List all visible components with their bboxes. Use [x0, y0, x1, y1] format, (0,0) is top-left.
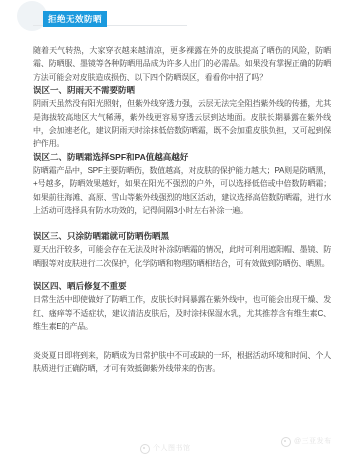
article-body: 随着天气转热，大家穿衣越来越清凉，更多裸露在外的皮肤提高了晒伤的风险，防晒霜、防…	[33, 44, 331, 375]
watermark-text: 个人图书馆	[153, 445, 191, 452]
section-paragraph: 防晒霜产品中，SPF主要防晒伤，数值越高，对皮肤的保护能力越大；PA则是防晒黑，…	[33, 164, 331, 218]
section-heading: 误区三、只涂防晒霜就可防晒伤晒黑	[33, 230, 331, 243]
section-paragraph: 夏天出汗较多，可能会存在无法及时补涂防晒霜的情况，此时可利用遮阳帽、墨镜、防晒服…	[33, 243, 331, 270]
title-badge: 拒绝无效防晒	[43, 11, 107, 27]
section-heading: 误区四、晒后修复不重要	[33, 280, 331, 293]
section-misconception-4: 误区四、晒后修复不重要 日常生活中即使做好了防晒工作，皮肤长时间暴露在紫外线中，…	[33, 280, 331, 333]
watermark-text: @三亚发布	[294, 438, 332, 445]
section-misconception-1: 误区一、阴雨天不需要防晒 阴雨天虽然没有阳光照射，但紫外线穿透力强，云层无法完全…	[33, 84, 331, 151]
section-heading: 误区二、防晒霜选择SPF和PA值越高越好	[33, 151, 331, 164]
section-paragraph: 日常生活中即使做好了防晒工作，皮肤长时间暴露在紫外线中，也可能会出现干燥、发红、…	[33, 293, 331, 333]
watermark-logo-icon	[140, 444, 150, 454]
article-page: 拒绝无效防晒 随着天气转热，大家穿衣越来越清凉，更多裸露在外的皮肤提高了晒伤的风…	[0, 0, 360, 456]
section-paragraph: 阴雨天虽然没有阳光照射，但紫外线穿透力强，云层无法完全阻挡紫外线的传播，尤其是海…	[33, 97, 331, 151]
section-heading: 误区一、阴雨天不需要防晒	[33, 84, 331, 97]
watermark-right: @三亚发布	[281, 437, 332, 448]
intro-paragraph: 随着天气转热，大家穿衣越来越清凉，更多裸露在外的皮肤提高了晒伤的风险，防晒霜、防…	[33, 44, 331, 84]
section-misconception-3: 误区三、只涂防晒霜就可防晒伤晒黑 夏天出汗较多，可能会存在无法及时补涂防晒霜的情…	[33, 230, 331, 270]
weibo-eye-icon	[281, 437, 291, 447]
watermark-center: 个人图书馆	[140, 444, 191, 455]
outro-paragraph: 炎炎夏日即将到来，防晒成为日常护肤中不可或缺的一环，根据活动环境和时间、个人肤质…	[33, 349, 331, 376]
section-misconception-2: 误区二、防晒霜选择SPF和PA值越高越好 防晒霜产品中，SPF主要防晒伤，数值越…	[33, 151, 331, 218]
